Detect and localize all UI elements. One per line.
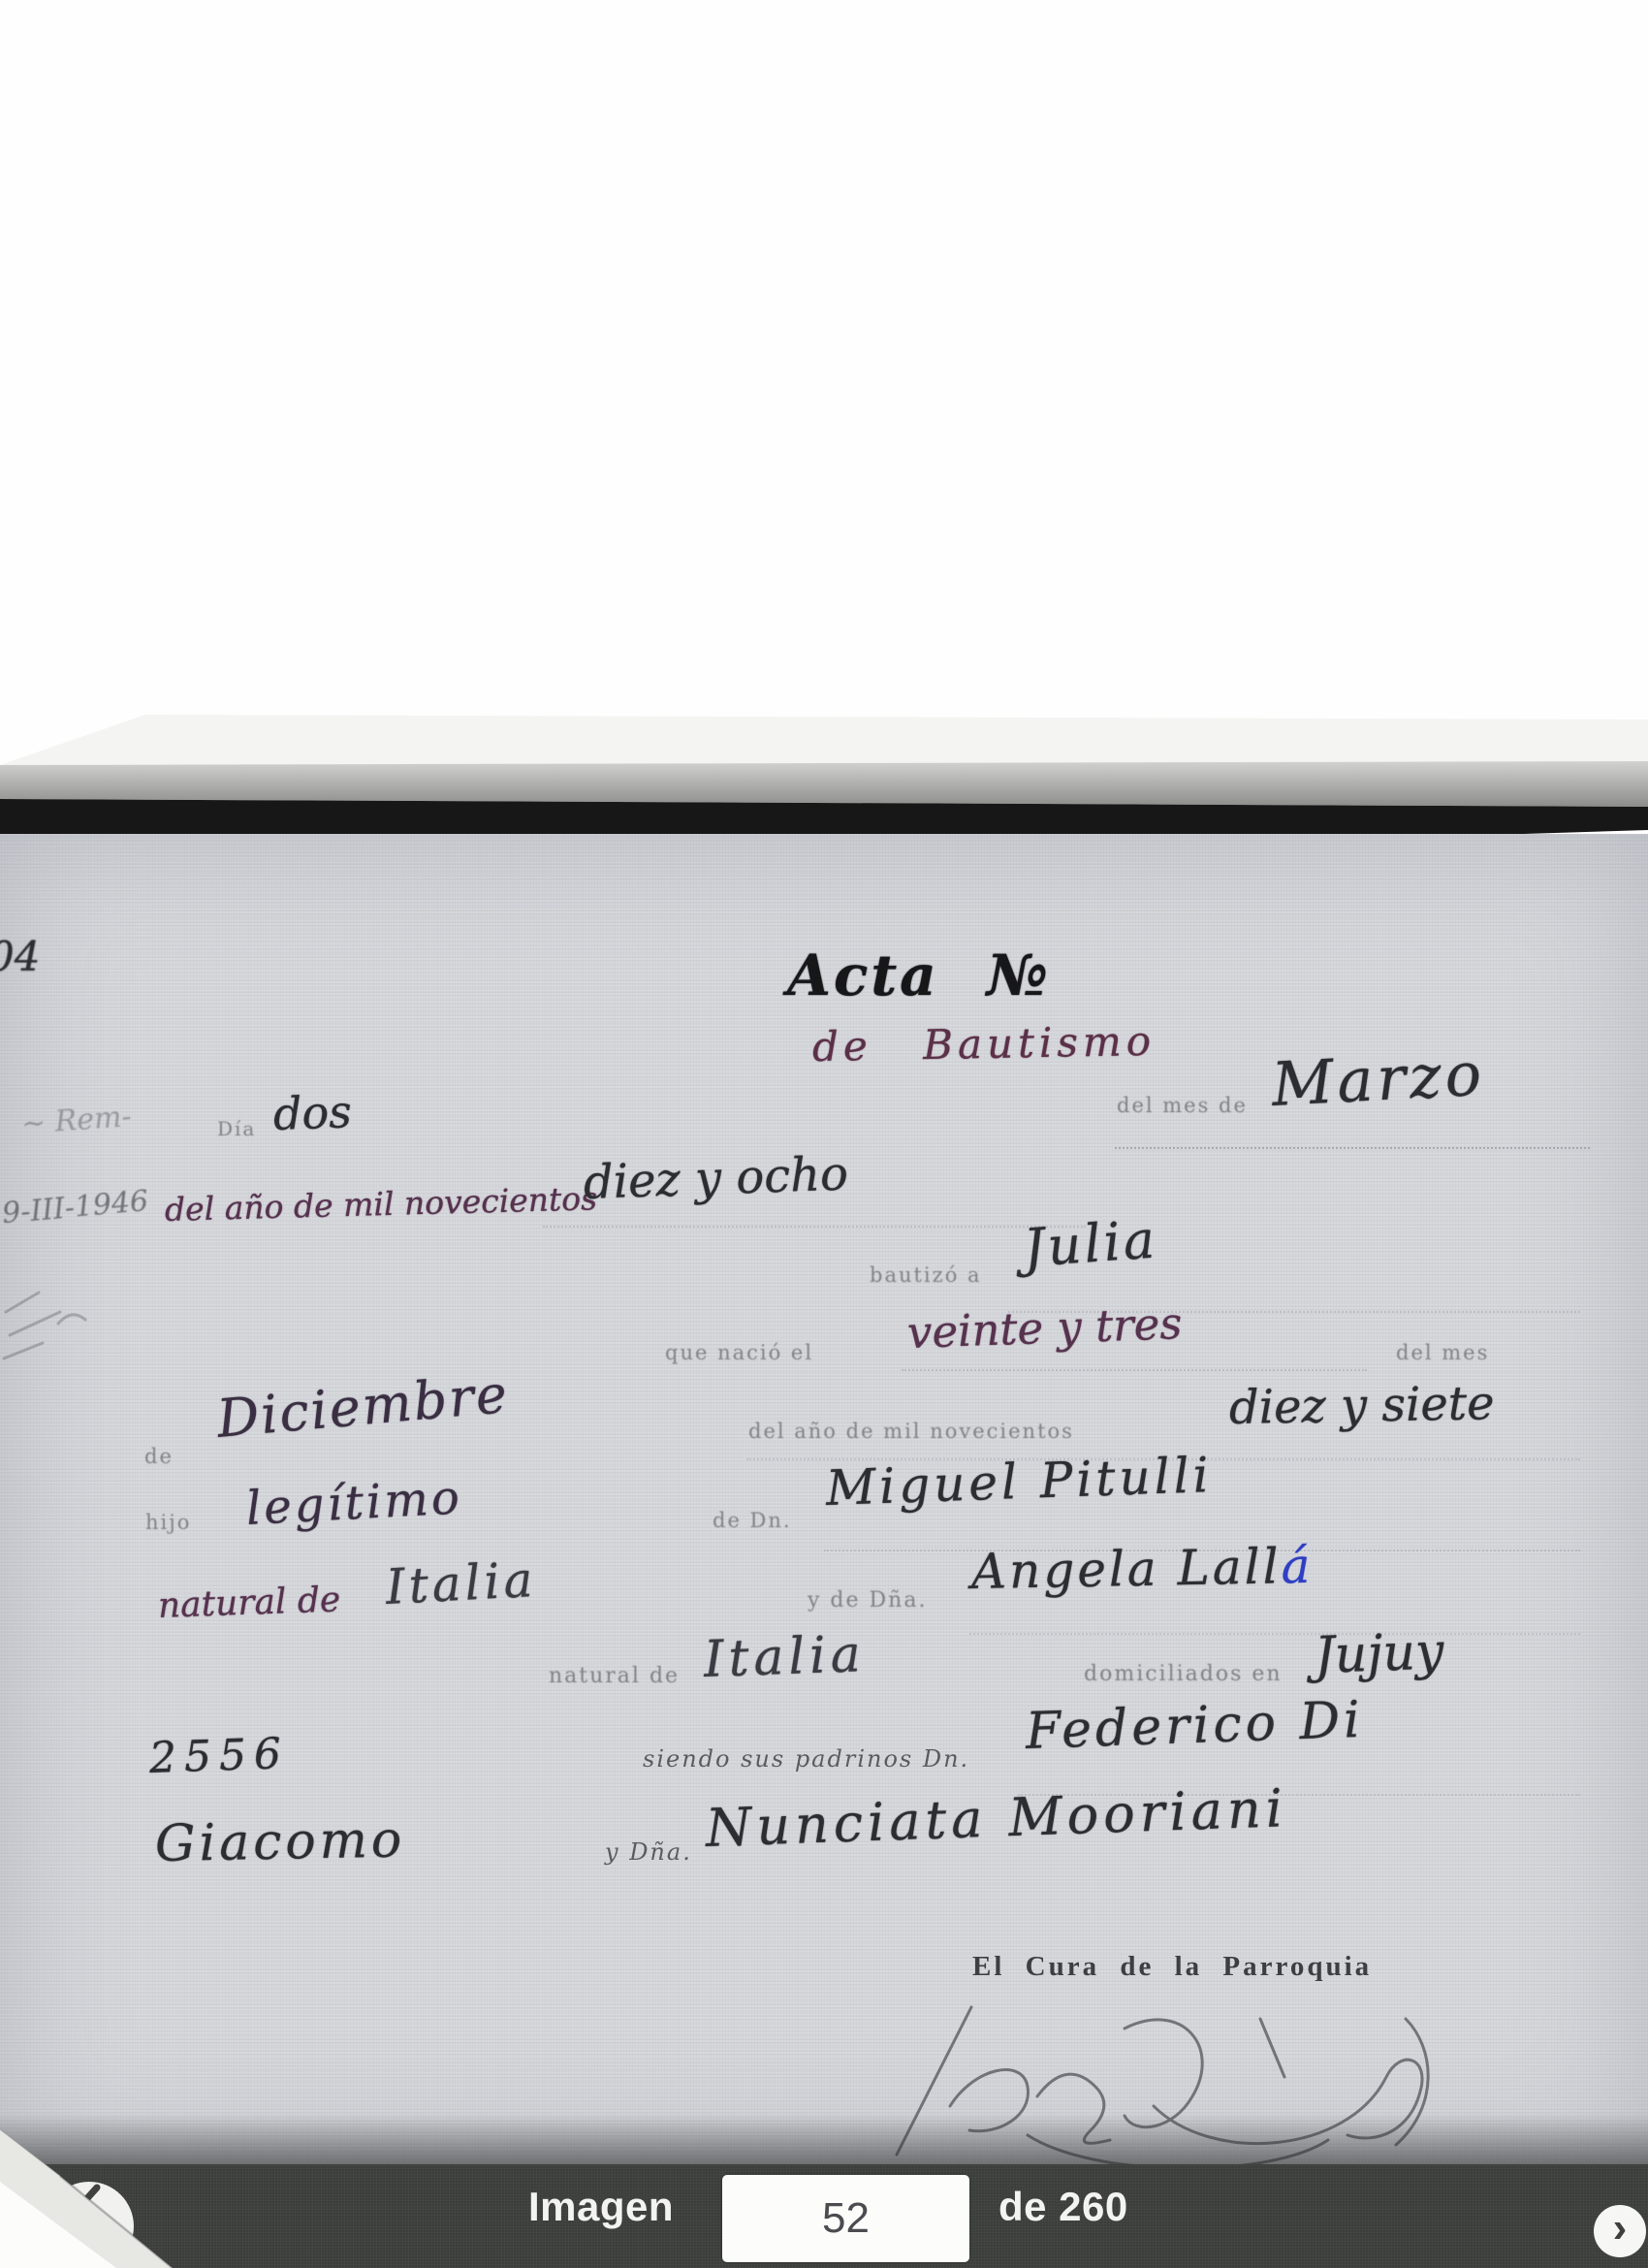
form-label-natural-de: natural de [549,1664,680,1688]
form-label-domiciliados-en: domiciliados en [1084,1662,1283,1686]
page-curl [0,2122,233,2268]
entry-father-origin: Italia [384,1551,537,1615]
entry-legitimacy: legítimo [245,1470,464,1536]
form-label-que-nacio-el: que nació el [665,1341,813,1364]
entry-natural-de: natural de [157,1580,341,1626]
entry-baptism-month: Marzo [1270,1038,1487,1120]
form-dotted-line [543,1226,1086,1228]
toolbar-shadow [0,2114,1648,2164]
entry-record-number: 2556 [148,1729,290,1783]
entry-birth-day: veinte y tres [906,1297,1183,1358]
scan-paper-edge [0,715,1648,765]
chevron-right-icon: › [1613,2207,1628,2250]
corner-number: 04 [0,933,40,980]
acta-subtitle: de Bautismo [812,1017,1157,1070]
entry-mother-name: Angela Lallá [970,1538,1313,1600]
scanner-gray-band [0,761,1648,807]
image-label: Imagen [528,2184,674,2230]
form-label-de: de [144,1445,174,1468]
entry-baptism-day: dos [272,1085,353,1140]
entry-residence: Jujuy [1314,1622,1444,1685]
margin-scribble [0,1265,145,1372]
form-dotted-line [1115,1147,1590,1149]
form-label-siendo-sus-padrinos: siendo sus padrinos Dn. [643,1745,969,1773]
entry-parents-origin: Italia [703,1625,867,1689]
image-viewer: 04 ~ Rem- 9-III-1946 Acta № de Bautismo … [0,0,1648,2268]
image-number-input[interactable]: 52 [722,2175,969,2262]
image-number-value: 52 [822,2194,870,2243]
next-image-button[interactable]: › [1594,2205,1646,2257]
form-dotted-line [902,1369,1367,1371]
entry-mother-name-accent: á [1281,1538,1314,1595]
image-total-label: de 260 [998,2184,1128,2230]
form-label-del-ano: del año de mil novecientos [748,1420,1074,1443]
entry-godfather-name-2: Giacomo [154,1810,405,1872]
form-label-del-mes: del mes [1396,1341,1489,1364]
entry-birth-year: diez y siete [1229,1376,1495,1435]
form-label-y-dna: y Dña. [605,1838,692,1866]
entry-baptized-name: Julia [1022,1208,1159,1278]
form-label-hijo: hijo [145,1511,191,1534]
form-label-de-dn: de Dn. [713,1509,792,1532]
signature-label: El Cura de la Parroquia [972,1951,1372,1983]
form-dotted-line [969,1633,1580,1635]
entry-mother-name-text: Angela Lall [970,1538,1282,1600]
form-label-dia: Día [217,1117,256,1140]
acta-title: Acta № [787,942,1051,1008]
entry-baptism-year: diez y ocho [583,1146,849,1209]
form-label-y-de-dna: y de Dña. [808,1588,927,1613]
form-label-del-mes-de: del mes de [1117,1094,1248,1117]
form-label-bautizo-a: bautizó a [870,1263,982,1287]
entry-godfather-name: Federico Di [1025,1691,1365,1761]
